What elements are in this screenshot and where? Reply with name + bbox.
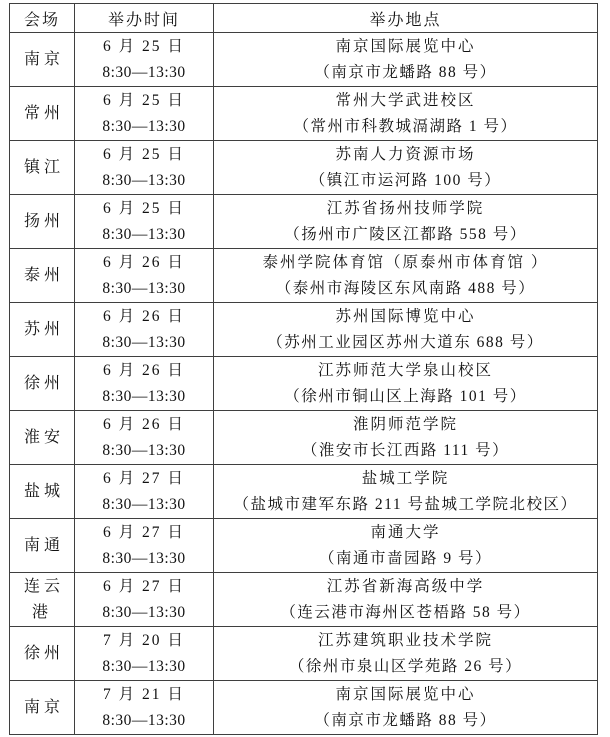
- event-time: 8:30—13:30: [75, 708, 213, 734]
- venue-name: 南京国际展览中心: [214, 34, 597, 60]
- table-row: 徐州 6 月 26 日 8:30—13:30 江苏师范大学泉山校区 （徐州市铜山…: [10, 357, 598, 411]
- place-cell: 南通大学 （南通市啬园路 9 号）: [214, 519, 598, 573]
- event-date: 6 月 26 日: [75, 304, 213, 330]
- venue-address: （常州市科教城滆湖路 1 号）: [214, 114, 597, 140]
- city-cell: 南京: [10, 681, 75, 735]
- table-body: 南京 6 月 25 日 8:30—13:30 南京国际展览中心 （南京市龙蟠路 …: [10, 33, 598, 735]
- place-cell: 盐城工学院 （盐城市建军东路 211 号盐城工学院北校区）: [214, 465, 598, 519]
- event-date: 6 月 25 日: [75, 88, 213, 114]
- header-row: 会场 举办时间 举办地点: [10, 4, 598, 33]
- table-row: 镇江 6 月 25 日 8:30—13:30 苏南人力资源市场 （镇江市运河路 …: [10, 141, 598, 195]
- event-date: 6 月 27 日: [75, 574, 213, 600]
- event-time: 8:30—13:30: [75, 546, 213, 572]
- city-label: 常州: [20, 101, 64, 127]
- time-cell: 7 月 21 日 8:30—13:30: [75, 681, 214, 735]
- event-date: 6 月 27 日: [75, 520, 213, 546]
- venue-address: （淮安市长江西路 111 号）: [214, 438, 597, 464]
- time-cell: 6 月 27 日 8:30—13:30: [75, 465, 214, 519]
- venue-address: （扬州市广陵区江都路 558 号）: [214, 222, 597, 248]
- table-row: 南京 7 月 21 日 8:30—13:30 南京国际展览中心 （南京市龙蟠路 …: [10, 681, 598, 735]
- venue-name: 常州大学武进校区: [214, 88, 597, 114]
- city-cell: 淮安: [10, 411, 75, 465]
- venue-name: 江苏师范大学泉山校区: [214, 358, 597, 384]
- event-time: 8:30—13:30: [75, 60, 213, 86]
- venue-address: （泰州市海陵区东风南路 488 号）: [214, 276, 597, 302]
- time-cell: 6 月 26 日 8:30—13:30: [75, 411, 214, 465]
- city-cell: 泰州: [10, 249, 75, 303]
- place-cell: 泰州学院体育馆（原泰州市体育馆 ） （泰州市海陵区东风南路 488 号）: [214, 249, 598, 303]
- venue-address: （徐州市泉山区学苑路 26 号）: [214, 654, 597, 680]
- city-label: 南通: [20, 533, 64, 559]
- table-row: 徐州 7 月 20 日 8:30—13:30 江苏建筑职业技术学院 （徐州市泉山…: [10, 627, 598, 681]
- venue-name: 淮阴师范学院: [214, 412, 597, 438]
- venue-address: （盐城市建军东路 211 号盐城工学院北校区）: [214, 492, 597, 518]
- place-cell: 南京国际展览中心 （南京市龙蟠路 88 号）: [214, 681, 598, 735]
- city-label: 徐州: [20, 641, 64, 667]
- venue-name: 苏州国际博览中心: [214, 304, 597, 330]
- city-cell: 扬州: [10, 195, 75, 249]
- page: { "table": { "columns": ["会场", "举办时间", "…: [0, 0, 610, 737]
- event-date: 6 月 26 日: [75, 358, 213, 384]
- venue-name: 南通大学: [214, 520, 597, 546]
- table-row: 盐城 6 月 27 日 8:30—13:30 盐城工学院 （盐城市建军东路 21…: [10, 465, 598, 519]
- city-label: 连云 港: [20, 574, 64, 626]
- event-time: 8:30—13:30: [75, 114, 213, 140]
- place-cell: 江苏省扬州技师学院 （扬州市广陵区江都路 558 号）: [214, 195, 598, 249]
- event-time: 8:30—13:30: [75, 222, 213, 248]
- venue-address: （连云港市海州区苍梧路 58 号）: [214, 600, 597, 626]
- table-row: 扬州 6 月 25 日 8:30—13:30 江苏省扬州技师学院 （扬州市广陵区…: [10, 195, 598, 249]
- place-cell: 南京国际展览中心 （南京市龙蟠路 88 号）: [214, 33, 598, 87]
- event-date: 6 月 25 日: [75, 34, 213, 60]
- place-cell: 淮阴师范学院 （淮安市长江西路 111 号）: [214, 411, 598, 465]
- time-cell: 6 月 27 日 8:30—13:30: [75, 519, 214, 573]
- document-area: 会场 举办时间 举办地点 南京 6 月 25 日 8:30—13:30 南京国际…: [9, 3, 598, 735]
- city-label: 南京: [20, 695, 64, 721]
- venue-name: 江苏建筑职业技术学院: [214, 628, 597, 654]
- table-row: 常州 6 月 25 日 8:30—13:30 常州大学武进校区 （常州市科教城滆…: [10, 87, 598, 141]
- event-time: 8:30—13:30: [75, 438, 213, 464]
- event-time: 8:30—13:30: [75, 384, 213, 410]
- time-cell: 6 月 25 日 8:30—13:30: [75, 141, 214, 195]
- event-time: 8:30—13:30: [75, 276, 213, 302]
- city-label: 徐州: [20, 371, 64, 397]
- city-label: 泰州: [20, 263, 64, 289]
- city-label: 淮安: [20, 425, 64, 451]
- table-row: 连云 港 6 月 27 日 8:30—13:30 江苏省新海高级中学 （连云港市…: [10, 573, 598, 627]
- venue-address: （南京市龙蟠路 88 号）: [214, 60, 597, 86]
- city-label: 扬州: [20, 209, 64, 235]
- event-time: 8:30—13:30: [75, 330, 213, 356]
- city-cell: 徐州: [10, 627, 75, 681]
- city-cell: 苏州: [10, 303, 75, 357]
- event-date: 6 月 25 日: [75, 196, 213, 222]
- time-cell: 6 月 26 日 8:30—13:30: [75, 357, 214, 411]
- table-row: 南京 6 月 25 日 8:30—13:30 南京国际展览中心 （南京市龙蟠路 …: [10, 33, 598, 87]
- header-cell-place: 举办地点: [214, 4, 598, 33]
- event-time: 8:30—13:30: [75, 654, 213, 680]
- venue-address: （徐州市铜山区上海路 101 号）: [214, 384, 597, 410]
- time-cell: 7 月 20 日 8:30—13:30: [75, 627, 214, 681]
- venue-name: 泰州学院体育馆（原泰州市体育馆 ）: [214, 250, 597, 276]
- venue-address: （镇江市运河路 100 号）: [214, 168, 597, 194]
- time-cell: 6 月 26 日 8:30—13:30: [75, 249, 214, 303]
- venue-address: （南通市啬园路 9 号）: [214, 546, 597, 572]
- table-header: 会场 举办时间 举办地点: [10, 4, 598, 33]
- event-time: 8:30—13:30: [75, 600, 213, 626]
- event-time: 8:30—13:30: [75, 492, 213, 518]
- city-cell: 连云 港: [10, 573, 75, 627]
- venue-name: 苏南人力资源市场: [214, 142, 597, 168]
- place-cell: 江苏师范大学泉山校区 （徐州市铜山区上海路 101 号）: [214, 357, 598, 411]
- event-date: 7 月 20 日: [75, 628, 213, 654]
- table-row: 南通 6 月 27 日 8:30—13:30 南通大学 （南通市啬园路 9 号）: [10, 519, 598, 573]
- city-cell: 镇江: [10, 141, 75, 195]
- table-row: 淮安 6 月 26 日 8:30—13:30 淮阴师范学院 （淮安市长江西路 1…: [10, 411, 598, 465]
- place-cell: 常州大学武进校区 （常州市科教城滆湖路 1 号）: [214, 87, 598, 141]
- venue-address: （苏州工业园区苏州大道东 688 号）: [214, 330, 597, 356]
- table-row: 泰州 6 月 26 日 8:30—13:30 泰州学院体育馆（原泰州市体育馆 ）…: [10, 249, 598, 303]
- venue-name: 盐城工学院: [214, 466, 597, 492]
- table-row: 苏州 6 月 26 日 8:30—13:30 苏州国际博览中心 （苏州工业园区苏…: [10, 303, 598, 357]
- place-cell: 苏州国际博览中心 （苏州工业园区苏州大道东 688 号）: [214, 303, 598, 357]
- place-cell: 江苏省新海高级中学 （连云港市海州区苍梧路 58 号）: [214, 573, 598, 627]
- city-cell: 南京: [10, 33, 75, 87]
- time-cell: 6 月 27 日 8:30—13:30: [75, 573, 214, 627]
- place-cell: 江苏建筑职业技术学院 （徐州市泉山区学苑路 26 号）: [214, 627, 598, 681]
- venue-address: （南京市龙蟠路 88 号）: [214, 708, 597, 734]
- time-cell: 6 月 26 日 8:30—13:30: [75, 303, 214, 357]
- event-date: 7 月 21 日: [75, 682, 213, 708]
- venue-name: 南京国际展览中心: [214, 682, 597, 708]
- event-time: 8:30—13:30: [75, 168, 213, 194]
- city-cell: 盐城: [10, 465, 75, 519]
- time-cell: 6 月 25 日 8:30—13:30: [75, 87, 214, 141]
- place-cell: 苏南人力资源市场 （镇江市运河路 100 号）: [214, 141, 598, 195]
- city-cell: 常州: [10, 87, 75, 141]
- event-date: 6 月 25 日: [75, 142, 213, 168]
- city-cell: 南通: [10, 519, 75, 573]
- event-date: 6 月 26 日: [75, 412, 213, 438]
- city-label: 盐城: [20, 479, 64, 505]
- event-date: 6 月 26 日: [75, 250, 213, 276]
- header-cell-city: 会场: [10, 4, 75, 33]
- schedule-table: 会场 举办时间 举办地点 南京 6 月 25 日 8:30—13:30 南京国际…: [9, 3, 598, 735]
- city-label: 苏州: [20, 317, 64, 343]
- city-cell: 徐州: [10, 357, 75, 411]
- header-cell-time: 举办时间: [75, 4, 214, 33]
- city-label: 镇江: [20, 155, 64, 181]
- event-date: 6 月 27 日: [75, 466, 213, 492]
- venue-name: 江苏省新海高级中学: [214, 574, 597, 600]
- time-cell: 6 月 25 日 8:30—13:30: [75, 195, 214, 249]
- time-cell: 6 月 25 日 8:30—13:30: [75, 33, 214, 87]
- venue-name: 江苏省扬州技师学院: [214, 196, 597, 222]
- city-label: 南京: [20, 47, 64, 73]
